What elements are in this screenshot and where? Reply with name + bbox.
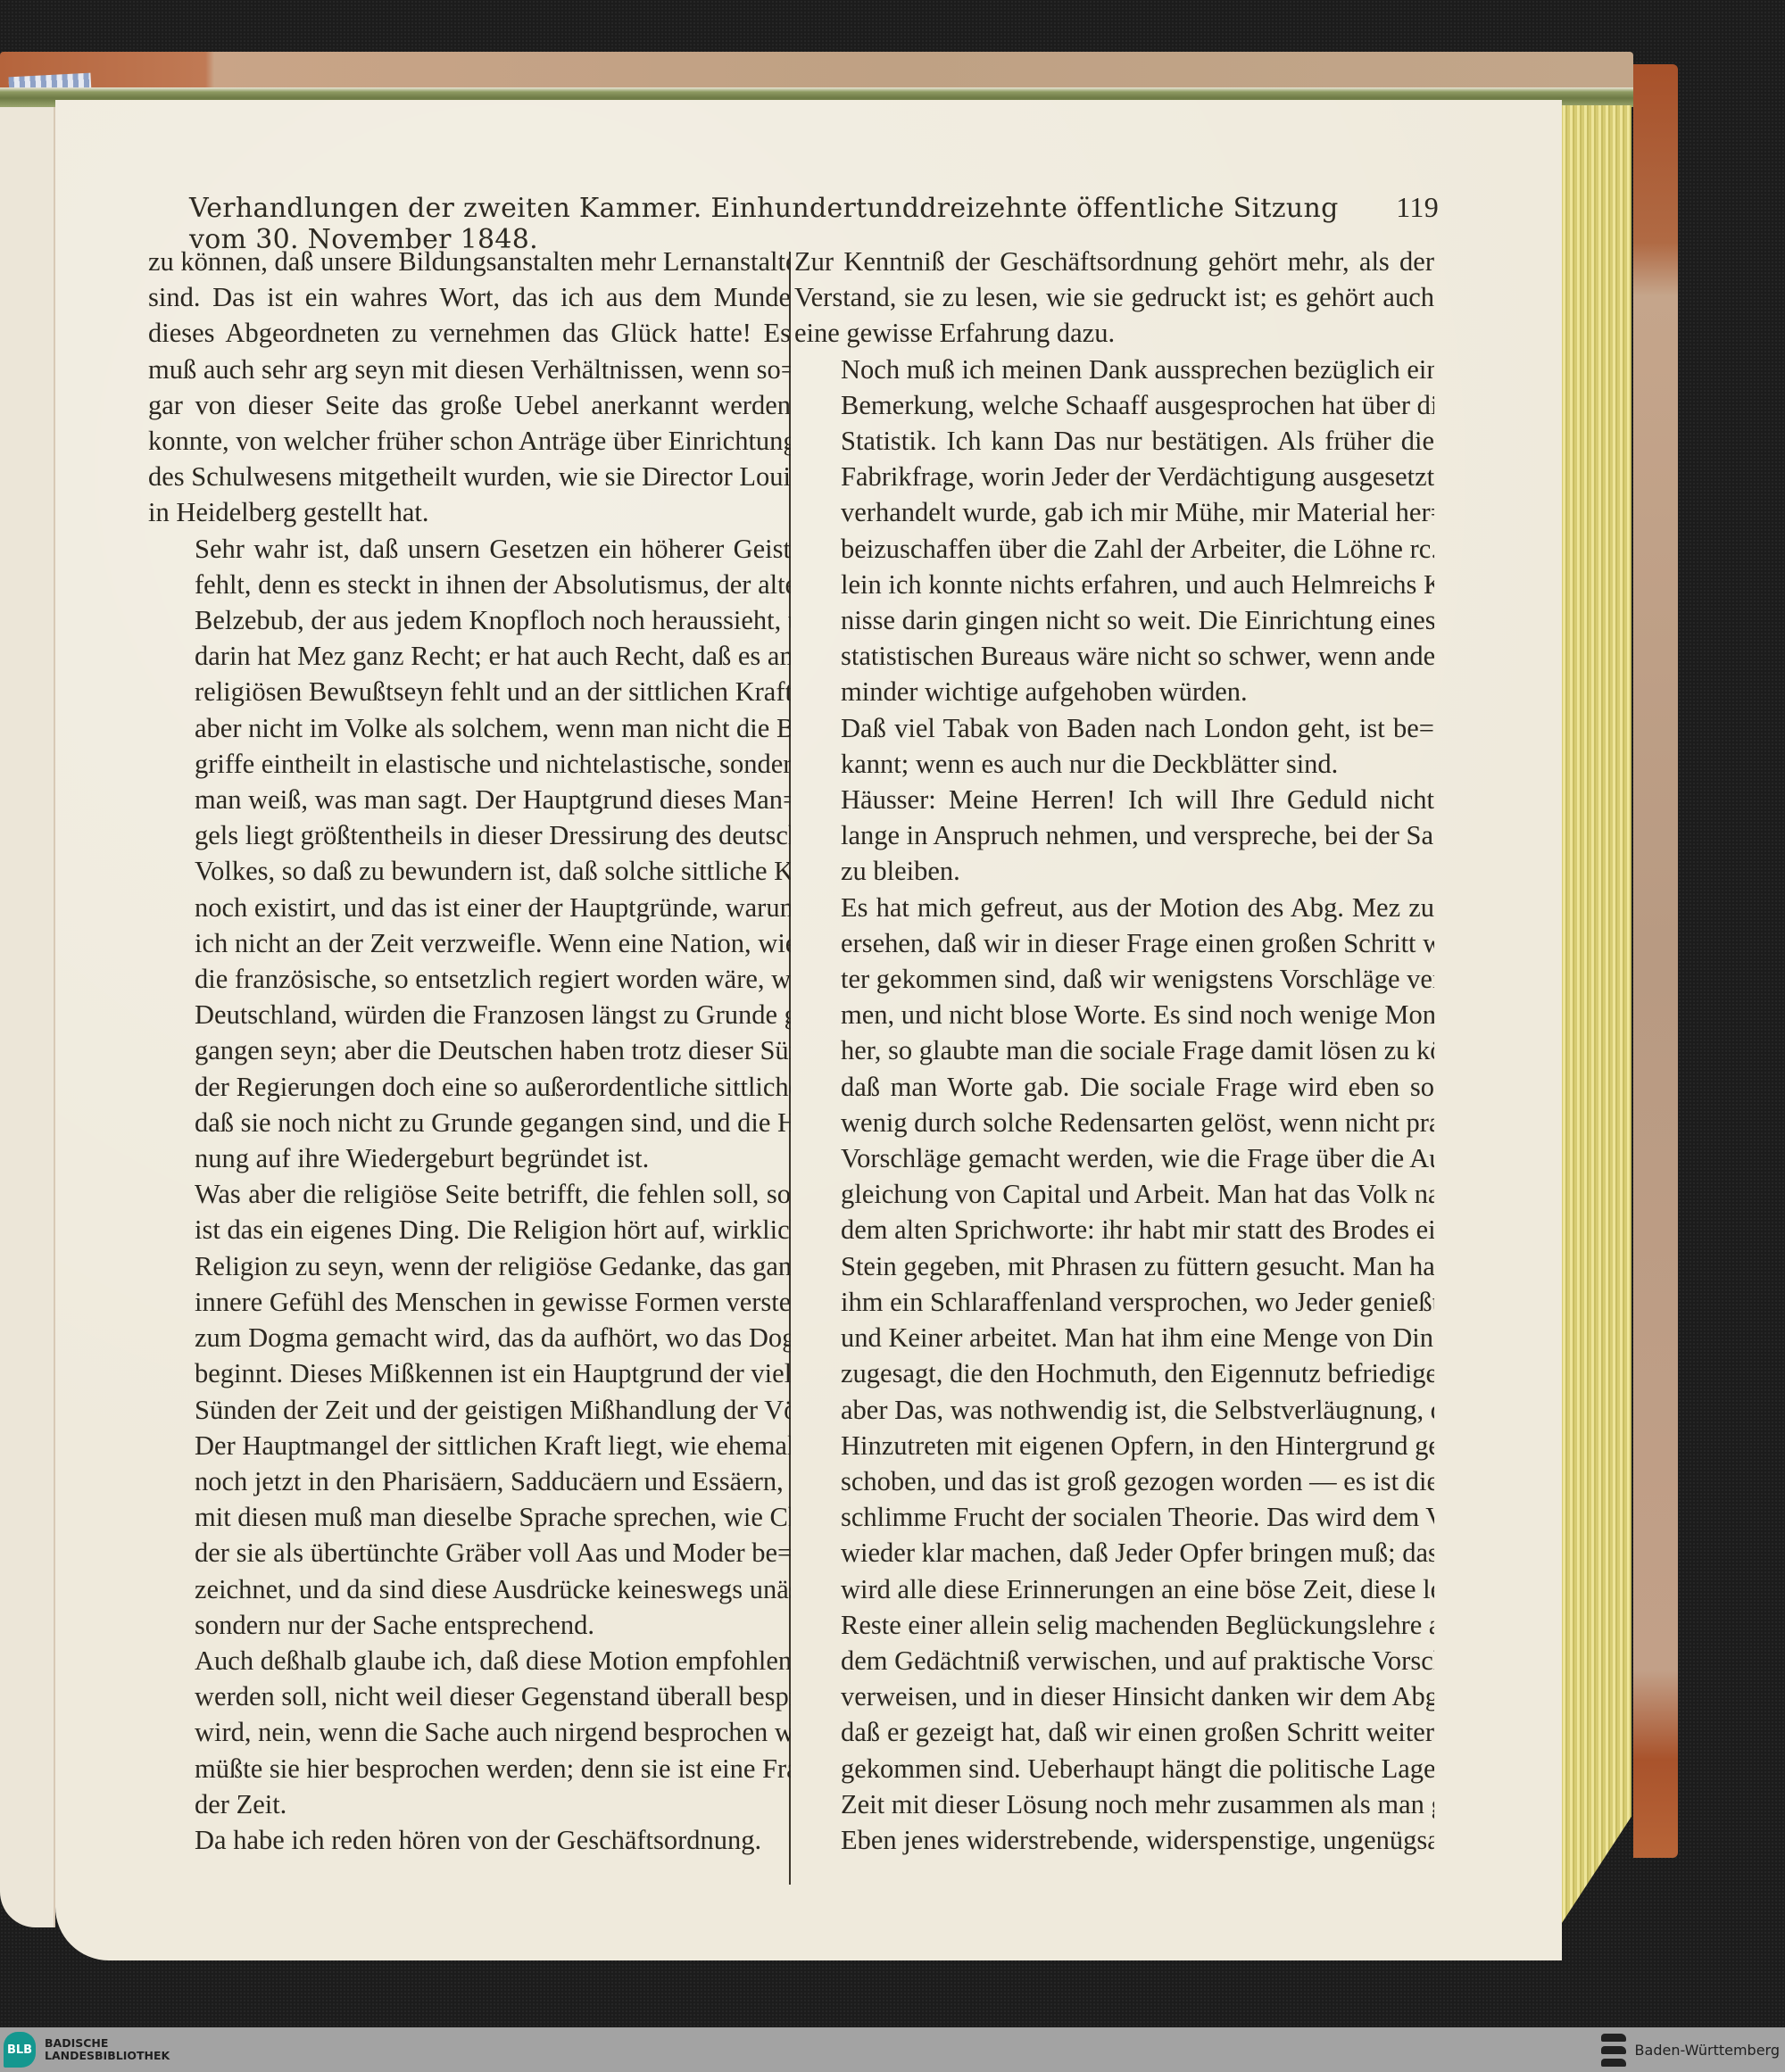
text-line: Hinzutreten mit eigenen Opfern, in den H… xyxy=(794,1428,1434,1463)
text-line: des Schulwesens mitgetheilt wurden, wie … xyxy=(148,459,791,494)
text-line: müßte sie hier besprochen werden; denn s… xyxy=(148,1751,791,1786)
text-line: wird alle diese Erinnerungen an eine bös… xyxy=(794,1571,1434,1607)
book-cover-right xyxy=(1633,64,1678,1858)
text-line: darin hat Mez ganz Recht; er hat auch Re… xyxy=(148,638,791,674)
footer-bar: BLB BADISCHE LANDESBIBLIOTHEK Baden-Würt… xyxy=(0,2027,1785,2072)
text-line: ist das ein eigenes Ding. Die Religion h… xyxy=(148,1212,791,1247)
text-line: daß sie noch nicht zu Grunde gegangen si… xyxy=(148,1105,791,1140)
text-line: Verstand, sie zu lesen, wie sie gedruckt… xyxy=(794,279,1434,315)
text-line: wieder klar machen, daß Jeder Opfer brin… xyxy=(794,1535,1434,1571)
text-line: statistischen Bureaus wäre nicht so schw… xyxy=(794,638,1434,674)
text-line: mit diesen muß man dieselbe Sprache spre… xyxy=(148,1499,791,1535)
text-line: gekommen sind. Ueberhaupt hängt die poli… xyxy=(794,1751,1434,1786)
text-line: beizuschaffen über die Zahl der Arbeiter… xyxy=(794,531,1434,567)
running-head: Verhandlungen der zweiten Kammer. Einhun… xyxy=(189,191,1439,230)
paragraph: Der Hauptmangel der sittlichen Kraft lie… xyxy=(148,1428,791,1643)
text-line: Sünden der Zeit und der geistigen Mißhan… xyxy=(148,1392,791,1428)
text-line: Fabrikfrage, worin Jeder der Verdächtigu… xyxy=(794,459,1434,494)
text-line: lange in Anspruch nehmen, und verspreche… xyxy=(794,817,1434,853)
text-line: der Zeit. xyxy=(148,1786,791,1822)
text-line: verweisen, und in dieser Hinsicht danken… xyxy=(794,1678,1434,1714)
text-line: verhandelt wurde, gab ich mir Mühe, mir … xyxy=(794,494,1434,530)
paragraph: Es hat mich gefreut, aus der Motion des … xyxy=(794,890,1434,1858)
text-line: und Keiner arbeitet. Man hat ihm eine Me… xyxy=(794,1320,1434,1355)
text-line: dieses Abgeordneten zu vernehmen das Glü… xyxy=(148,315,791,351)
text-line: zum Dogma gemacht wird, das da aufhört, … xyxy=(148,1320,791,1355)
text-line: man weiß, was man sagt. Der Hauptgrund d… xyxy=(148,782,791,817)
text-line: dem alten Sprichworte: ihr habt mir stat… xyxy=(794,1212,1434,1247)
paragraph: Da habe ich reden hören von der Geschäft… xyxy=(148,1822,791,1858)
text-line: muß auch sehr arg seyn mit diesen Verhäl… xyxy=(148,352,791,387)
right-column: Zur Kenntniß der Geschäftsordnung gehört… xyxy=(794,244,1434,1858)
text-line: in Heidelberg gestellt hat. xyxy=(148,494,791,530)
text-line: nung auf ihre Wiedergeburt begründet ist… xyxy=(148,1140,791,1176)
book-cover-top xyxy=(0,52,1633,87)
paragraph: Was aber die religiöse Seite betrifft, d… xyxy=(148,1176,791,1427)
paragraph: Auch deßhalb glaube ich, daß diese Motio… xyxy=(148,1643,791,1822)
text-line: daß man Worte gab. Die sociale Frage wir… xyxy=(794,1069,1434,1105)
blb-name-line1: BADISCHE xyxy=(45,2037,170,2050)
text-line: Vorschläge gemacht werden, wie die Frage… xyxy=(794,1140,1434,1176)
text-line: Religion zu seyn, wenn der religiöse Ged… xyxy=(148,1248,791,1284)
text-line: aber nicht im Volke als solchem, wenn ma… xyxy=(148,710,791,746)
blb-brand[interactable]: BLB BADISCHE LANDESBIBLIOTHEK xyxy=(4,2032,170,2068)
text-line: dem Gedächtniß verwischen, und auf prakt… xyxy=(794,1643,1434,1678)
page-edge-right xyxy=(1560,105,1631,1926)
text-line: zugesagt, die den Hochmuth, den Eigennut… xyxy=(794,1355,1434,1391)
text-line: her, so glaubte man die sociale Frage da… xyxy=(794,1032,1434,1068)
text-line: Was aber die religiöse Seite betrifft, d… xyxy=(148,1176,791,1212)
text-line: schlimme Frucht der socialen Theorie. Da… xyxy=(794,1499,1434,1535)
text-line: noch jetzt in den Pharisäern, Sadducäern… xyxy=(148,1463,791,1499)
text-line: gleichung von Capital und Arbeit. Man ha… xyxy=(794,1176,1434,1212)
text-line: zu können, daß unsere Bildungsanstalten … xyxy=(148,244,791,279)
text-line: die französische, so entsetzlich regiert… xyxy=(148,961,791,997)
text-line: beginnt. Dieses Mißkennen ist ein Hauptg… xyxy=(148,1355,791,1391)
text-line: Reste einer allein selig machenden Beglü… xyxy=(794,1607,1434,1643)
text-line: griffe eintheilt in elastische und nicht… xyxy=(148,746,791,782)
text-line: Sehr wahr ist, daß unsern Gesetzen ein h… xyxy=(148,531,791,567)
text-line: Statistik. Ich kann Das nur bestätigen. … xyxy=(794,423,1434,459)
blb-name-line2: LANDESBIBLIOTHEK xyxy=(45,2050,170,2062)
text-line: Noch muß ich meinen Dank aussprechen bez… xyxy=(794,352,1434,387)
text-line: fehlt, denn es steckt in ihnen der Absol… xyxy=(148,567,791,602)
text-line: ersehen, daß wir in dieser Frage einen g… xyxy=(794,925,1434,961)
text-line: gar von dieser Seite das große Uebel ane… xyxy=(148,387,791,423)
paragraph: Häusser: Meine Herren! Ich will Ihre Ged… xyxy=(794,782,1434,890)
three-lions-icon xyxy=(1601,2031,1626,2068)
bw-name: Baden-Württemberg xyxy=(1635,2042,1780,2059)
paragraph: Zur Kenntniß der Geschäftsordnung gehört… xyxy=(794,244,1434,352)
text-line: zeichnet, und da sind diese Ausdrücke ke… xyxy=(148,1571,791,1607)
text-line: Zeit mit dieser Lösung noch mehr zusamme… xyxy=(794,1786,1434,1822)
text-line: Bemerkung, welche Schaaff ausgesprochen … xyxy=(794,387,1434,423)
text-line: daß er gezeigt hat, daß wir einen großen… xyxy=(794,1714,1434,1750)
text-line: der sie als übertünchte Gräber voll Aas … xyxy=(148,1535,791,1571)
blb-logo-icon: BLB xyxy=(4,2032,36,2068)
text-line: gels liegt größtentheils in dieser Dress… xyxy=(148,817,791,853)
text-line: Daß viel Tabak von Baden nach London geh… xyxy=(794,710,1434,746)
text-line: Deutschland, würden die Franzosen längst… xyxy=(148,997,791,1032)
text-line: Belzebub, der aus jedem Knopfloch noch h… xyxy=(148,602,791,638)
text-line: ter gekommen sind, daß wir wenigstens Vo… xyxy=(794,961,1434,997)
text-line: sondern nur der Sache entsprechend. xyxy=(148,1607,791,1643)
text-line: nisse darin gingen nicht so weit. Die Ei… xyxy=(794,602,1434,638)
text-line: eine gewisse Erfahrung dazu. xyxy=(794,315,1434,351)
text-line: Auch deßhalb glaube ich, daß diese Motio… xyxy=(148,1643,791,1678)
text-line: der Regierungen doch eine so außerordent… xyxy=(148,1069,791,1105)
text-line: ich nicht an der Zeit verzweifle. Wenn e… xyxy=(148,925,791,961)
text-line: Da habe ich reden hören von der Geschäft… xyxy=(148,1822,791,1858)
text-line: werden soll, nicht weil dieser Gegenstan… xyxy=(148,1678,791,1714)
text-line: schoben, und das ist groß gezogen worden… xyxy=(794,1463,1434,1499)
text-line: noch existirt, und das ist einer der Hau… xyxy=(148,890,791,925)
text-line: gangen seyn; aber die Deutschen haben tr… xyxy=(148,1032,791,1068)
text-line: religiösen Bewußtseyn fehlt und an der s… xyxy=(148,674,791,709)
text-line: konnte, von welcher früher schon Anträge… xyxy=(148,423,791,459)
text-line: ihm ein Schlaraffenland versprochen, wo … xyxy=(794,1284,1434,1320)
text-line: Stein gegeben, mit Phrasen zu füttern ge… xyxy=(794,1248,1434,1284)
text-line: Zur Kenntniß der Geschäftsordnung gehört… xyxy=(794,244,1434,279)
left-column: zu können, daß unsere Bildungsanstalten … xyxy=(148,244,791,1858)
text-line: Der Hauptmangel der sittlichen Kraft lie… xyxy=(148,1428,791,1463)
text-line: Es hat mich gefreut, aus der Motion des … xyxy=(794,890,1434,925)
paragraph: zu können, daß unsere Bildungsanstalten … xyxy=(148,244,791,531)
text-line: Häusser: Meine Herren! Ich will Ihre Ged… xyxy=(794,782,1434,817)
text-line: wird, nein, wenn die Sache auch nirgend … xyxy=(148,1714,791,1750)
facing-page-left xyxy=(0,107,55,1927)
text-line: Eben jenes widerstrebende, widerspenstig… xyxy=(794,1822,1434,1858)
text-line: sind. Das ist ein wahres Wort, das ich a… xyxy=(148,279,791,315)
paragraph: Daß viel Tabak von Baden nach London geh… xyxy=(794,710,1434,782)
text-line: wenig durch solche Redensarten gelöst, w… xyxy=(794,1105,1434,1140)
text-line: men, und nicht blose Worte. Es sind noch… xyxy=(794,997,1434,1032)
text-line: aber Das, was nothwendig ist, die Selbst… xyxy=(794,1392,1434,1428)
page-number: 119 xyxy=(1396,191,1439,224)
paragraph: Sehr wahr ist, daß unsern Gesetzen ein h… xyxy=(148,531,791,1177)
text-line: kannt; wenn es auch nur die Deckblätter … xyxy=(794,746,1434,782)
text-line: innere Gefühl des Menschen in gewisse Fo… xyxy=(148,1284,791,1320)
paragraph: Noch muß ich meinen Dank aussprechen bez… xyxy=(794,352,1434,710)
text-line: Volkes, so daß zu bewundern ist, daß sol… xyxy=(148,853,791,889)
blb-name: BADISCHE LANDESBIBLIOTHEK xyxy=(45,2037,170,2062)
text-line: zu bleiben. xyxy=(794,853,1434,889)
text-line: minder wichtige aufgehoben würden. xyxy=(794,674,1434,709)
text-line: lein ich konnte nichts erfahren, und auc… xyxy=(794,567,1434,602)
bw-brand[interactable]: Baden-Württemberg xyxy=(1601,2031,1780,2068)
